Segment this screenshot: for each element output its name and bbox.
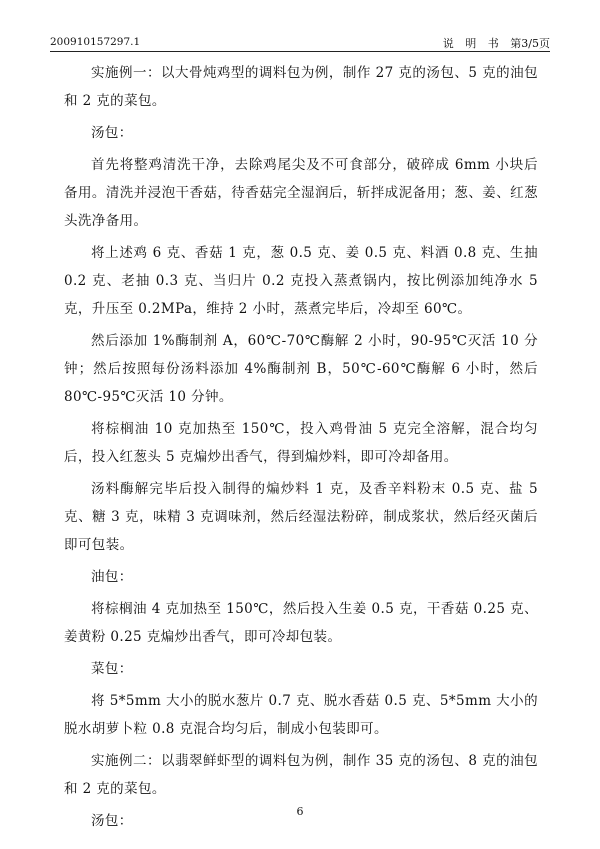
subheading-oil-packet: 油包：: [64, 563, 538, 591]
page-info: 第3/5页: [510, 37, 550, 50]
paragraph: 然后添加 1%酶制剂 A，60℃-70℃酶解 2 小时，90-95℃灭活 10 …: [64, 327, 538, 411]
doc-type-char: 书: [488, 37, 499, 50]
paragraph: 将棕榈油 4 克加热至 150℃，然后投入生姜 0.5 克，干香菇 0.25 克…: [64, 595, 538, 651]
document-number: 200910157297.1: [50, 36, 140, 48]
paragraph: 将 5*5mm 大小的脱水葱片 0.7 克、脱水香菇 0.5 克、5*5mm 大…: [64, 687, 538, 743]
paragraph-example-2-intro: 实施例二：以翡翠鲜虾型的调料包为例，制作 35 克的汤包、8 克的油包和 2 克…: [64, 747, 538, 803]
paragraph: 首先将整鸡清洗干净，去除鸡尾尖及不可食部分，破碎成 6mm 小块后备用。清洗并浸…: [64, 151, 538, 235]
page-number: 6: [297, 805, 304, 818]
paragraph: 将棕榈油 10 克加热至 150℃，投入鸡骨油 5 克完全溶解，混合均匀后，投入…: [64, 415, 538, 471]
page-header: 200910157297.1 说 明 书 第3/5页: [50, 33, 550, 52]
document-type: 说 明 书 第3/5页: [435, 35, 550, 51]
subheading-soup-packet: 汤包：: [64, 119, 538, 147]
paragraph: 汤料酶解完毕后投入制得的煸炒料 1 克，及香辛料粉末 0.5 克、盐 5 克、糖…: [64, 475, 538, 559]
doc-type-char: 明: [465, 37, 476, 50]
page-footer: 6: [0, 805, 600, 818]
document-body: 实施例一：以大骨炖鸡型的调料包为例，制作 27 克的汤包、5 克的油包和 2 克…: [64, 59, 538, 835]
doc-type-char: 说: [443, 37, 454, 50]
subheading-vegetable-packet: 菜包：: [64, 655, 538, 683]
paragraph-example-1-intro: 实施例一：以大骨炖鸡型的调料包为例，制作 27 克的汤包、5 克的油包和 2 克…: [64, 59, 538, 115]
paragraph: 将上述鸡 6 克、香菇 1 克，葱 0.5 克、姜 0.5 克、料酒 0.8 克…: [64, 239, 538, 323]
